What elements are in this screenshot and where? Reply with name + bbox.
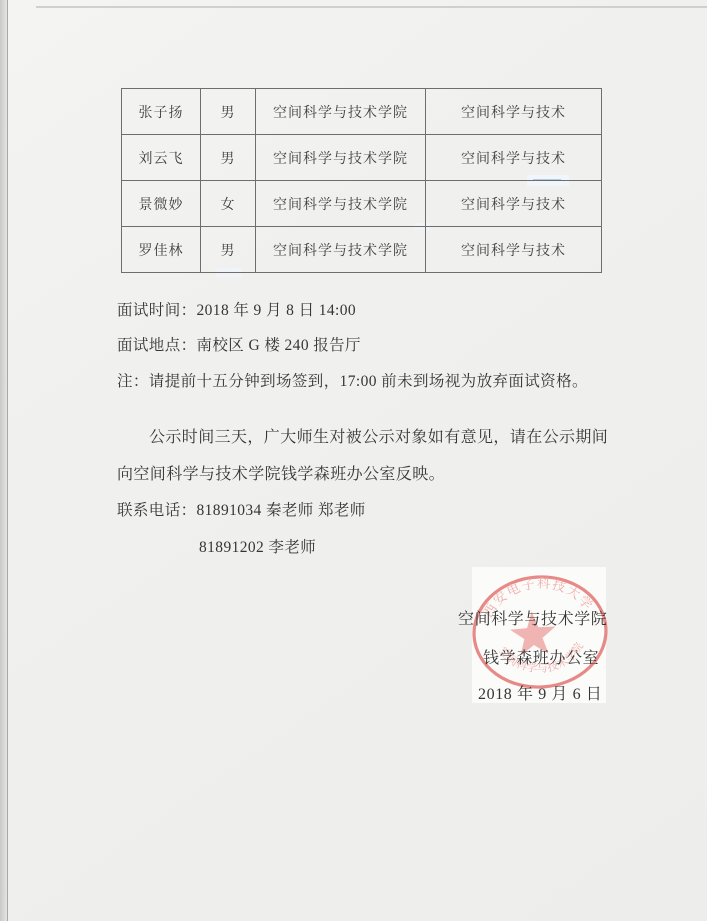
- notice-line-1: 公示时间三天，广大师生对被公示对象如有意见，请在公示期间: [149, 424, 608, 447]
- cell-college: 空间科学与技术学院: [256, 135, 426, 181]
- cell-major: 空间科学与技术: [426, 135, 602, 181]
- note-line: 注：请提前十五分钟到场签到，17:00 前未到场视为放弃面试资格。: [117, 369, 588, 391]
- candidate-table: 张子扬 男 空间科学与技术学院 空间科学与技术 刘云飞 男 空间科学与技术学院 …: [121, 88, 602, 273]
- scanned-document-page: 张子扬 男 空间科学与技术学院 空间科学与技术 刘云飞 男 空间科学与技术学院 …: [0, 0, 707, 921]
- signature-date-line: 2018 年 9 月 6 日: [478, 681, 602, 704]
- cell-college: 空间科学与技术学院: [256, 227, 426, 273]
- table-row: 刘云飞 男 空间科学与技术学院 空间科学与技术: [122, 135, 602, 181]
- signature-org-line-1: 空间科学与技术学院: [458, 606, 607, 629]
- interview-time-line: 面试时间：2018 年 9 月 8 日 14:00: [117, 298, 356, 320]
- contact-line-1: 联系电话：81891034 秦老师 郑老师: [117, 498, 366, 520]
- cell-major: 空间科学与技术: [426, 181, 602, 227]
- interview-place-line: 面试地点：南校区 G 楼 240 报告厅: [117, 333, 361, 355]
- cell-major: 空间科学与技术: [426, 227, 602, 273]
- cell-college: 空间科学与技术学院: [256, 181, 426, 227]
- scan-edge-left: [0, 0, 8, 921]
- cell-college: 空间科学与技术学院: [256, 89, 426, 135]
- table-row: 张子扬 男 空间科学与技术学院 空间科学与技术: [122, 89, 602, 135]
- table-row: 景微妙 女 空间科学与技术学院 空间科学与技术: [122, 181, 602, 227]
- cell-gender: 男: [201, 89, 256, 135]
- table-row: 罗佳林 男 空间科学与技术学院 空间科学与技术: [122, 227, 602, 273]
- cell-name: 刘云飞: [122, 135, 201, 181]
- cell-gender: 男: [201, 135, 256, 181]
- signature-org-line-2: 钱学森班办公室: [483, 645, 599, 668]
- cell-name: 张子扬: [122, 89, 201, 135]
- cell-name: 罗佳林: [122, 227, 201, 273]
- notice-line-2: 向空间科学与技术学院钱学森班办公室反映。: [117, 461, 445, 484]
- cell-name: 景微妙: [122, 181, 201, 227]
- contact-line-2: 81891202 李老师: [199, 535, 316, 557]
- cell-gender: 女: [201, 181, 256, 227]
- cell-gender: 男: [201, 227, 256, 273]
- scan-edge-top: [36, 6, 707, 8]
- cell-major: 空间科学与技术: [426, 89, 602, 135]
